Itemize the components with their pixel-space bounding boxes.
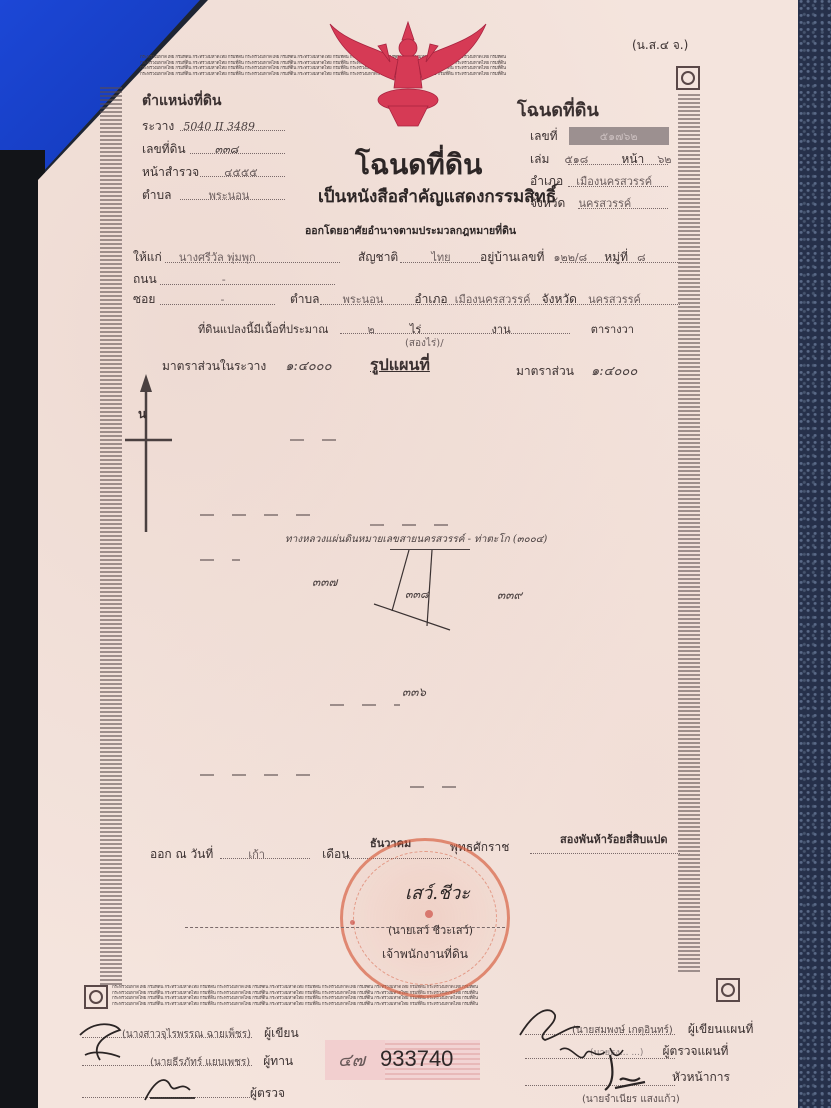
underline (560, 262, 680, 263)
map-heading: รูปแผนที่ (370, 353, 430, 378)
road-row: ถนน - (133, 268, 226, 289)
underline (160, 284, 335, 285)
field-value: 5040 II 3489 (183, 120, 255, 133)
left-field-ravang: ระวาง 5040 II 3489 (142, 115, 292, 136)
field-label: ตำบล (142, 188, 172, 202)
owner-label: ให้แก่ (133, 250, 162, 264)
left-field-land-no: เลขที่ดิน ๓๓๘ (142, 138, 292, 159)
soi-row: ซอย - (133, 288, 224, 309)
deed-issuing-authority: ออกโดยอาศัยอำนาจตามประมวลกฎหมายที่ดิน (305, 222, 516, 239)
north-arrow-icon (120, 372, 180, 537)
micro-text-column-left (100, 85, 122, 985)
left-field-tambon: ตำบล พระนอน (142, 184, 292, 205)
underline (180, 130, 285, 131)
underline (180, 199, 285, 200)
corner-ornament-bottom-right (716, 978, 740, 1002)
underline (340, 333, 570, 334)
writer-row: (นางสาวจุไรพรรณ ฉายเพ็ชร) ผู้เขียน (122, 1022, 299, 1043)
map-writer-role: ผู้เขียนแผนที่ (688, 1022, 753, 1036)
north-label: น (138, 405, 146, 424)
underline (400, 262, 480, 263)
field-label: เลขที่ดิน (142, 142, 186, 156)
corner-ornament-bottom-left (84, 985, 108, 1009)
form-code: (น.ส.๔ จ.) (632, 36, 688, 55)
chief-signature (600, 1050, 650, 1095)
left-field-survey-page: หน้าสำรวจ ๔๕๕๕ (142, 161, 292, 182)
serial-number: 933740 (380, 1046, 453, 1072)
ngan-label: งาน (492, 323, 511, 336)
checker-role: ผู้ตรวจ (250, 1086, 285, 1100)
issued-prefix: ออก ณ วันที่ (150, 847, 213, 861)
owner-row: ให้แก่ นางศรีวัล พุ่มพุก (133, 246, 256, 267)
deed-title: โฉนดที่ดิน (355, 143, 482, 187)
underline (190, 153, 285, 154)
nationality-label: สัญชาติ (358, 250, 398, 264)
scale-right: มาตราส่วน ๑:๔๐๐๐ (516, 360, 637, 381)
underline (578, 208, 668, 209)
underline (320, 304, 680, 305)
garuda-emblem-icon (328, 18, 488, 130)
reviewer-role: ผู้ทาน (263, 1054, 293, 1068)
address-row: อยู่บ้านเลขที่ ๑๒๒/๘ หมู่ที่ ๘ (480, 246, 646, 267)
right-field-volume: เล่ม ๕๑๘ หน้า ๖๒ (530, 148, 672, 169)
scale-right-label: มาตราส่วน (516, 364, 574, 378)
reviewer-name: (นายธีรภัทร์ แยบเพชร) (150, 1057, 250, 1068)
writer-role: ผู้เขียน (264, 1026, 299, 1040)
right-field-deed-no: เลขที่ ๕๑๗๖๒ (530, 125, 669, 146)
issued-year: สองพันห้าร้อยสี่สิบแปด (560, 830, 667, 848)
deed-number-redacted: ๕๑๗๖๒ (569, 127, 669, 145)
field-label: เลขที่ (530, 129, 558, 143)
field-label: ระวาง (142, 119, 174, 133)
underline (200, 176, 285, 177)
issued-day: เก้า (248, 848, 265, 861)
field-value: ๓๓๘ (215, 143, 239, 156)
map-road-label: ทางหลวงแผ่นดินหมายเลขสายนครสวรรค์ - ท่าต… (285, 532, 547, 547)
right-deed-heading: โฉนดที่ดิน (517, 95, 599, 124)
deed-subtitle: เป็นหนังสือสำคัญแสดงกรรมสิทธิ์ (318, 183, 556, 210)
area-label: ที่ดินแปลงนี้มีเนื้อที่ประมาณ (198, 323, 328, 336)
scale-left-value: ๑:๔๐๐๐ (285, 359, 331, 374)
field-label: หน้าสำรวจ (142, 165, 199, 179)
parcel-label-subject: ๓๓๘ (405, 585, 429, 603)
micro-text-line: กระทรวงมหาดไทย กรมที่ดิน กระทรวงมหาดไทย … (112, 1002, 712, 1008)
corner-ornament-top-right (676, 66, 700, 90)
official-red-seal (340, 838, 510, 998)
underline (530, 853, 680, 854)
writer-signature (75, 1015, 135, 1065)
underline (82, 1065, 252, 1066)
underline (220, 858, 310, 859)
rai-value: ๒ (368, 323, 375, 336)
parcel-label-south: ๓๓๖ (402, 683, 426, 702)
nationality-row: สัญชาติ ไทย (358, 246, 451, 267)
area-row: ที่ดินแปลงนี้มีเนื้อที่ประมาณ ๒ ไร่ งาน … (198, 318, 634, 338)
seal-ink-speck (350, 920, 355, 925)
land-position-heading: ตำแหน่งที่ดิน (142, 90, 222, 112)
map-grid-dashes (180, 430, 680, 850)
official-signature: เสว์.ชีวะ (405, 878, 470, 907)
field-value: ๔๕๕๕ (224, 166, 257, 179)
location-row: ตำบล พระนอน อำเภอ เมืองนครสวรรค์ จังหวัด… (290, 288, 641, 309)
field-label: เล่ม (530, 152, 549, 166)
official-name: (นายเสว์ ชีวะเสว์) (388, 921, 473, 939)
official-title: เจ้าพนักงานที่ดิน (382, 945, 468, 964)
parcel-label-east: ๓๓๙ (497, 586, 522, 605)
micro-text-column-right (678, 92, 700, 972)
area-in-words: (สองไร่)/ (405, 336, 444, 351)
chief-role: หัวหน้าการ (672, 1070, 730, 1084)
house-no-label: อยู่บ้านเลขที่ (480, 250, 544, 264)
map-checker-role: ผู้ตรวจแผนที่ (663, 1044, 729, 1058)
underline (568, 186, 668, 187)
chief-row: หัวหน้าการ (672, 1066, 730, 1087)
scale-left: มาตราส่วนในระวาง ๑:๔๐๐๐ (162, 355, 332, 376)
issue-date-row: ออก ณ วันที่ เก้า เดือน (150, 843, 349, 864)
scale-left-label: มาตราส่วนในระวาง (162, 359, 266, 373)
parcel-label-north-west: ๓๓๗ (312, 573, 337, 592)
scale-right-value: ๑:๔๐๐๐ (591, 364, 637, 379)
reviewer-row: (นายธีรภัทร์ แยบเพชร) ผู้ทาน (150, 1050, 293, 1071)
rai-label: ไร่ (410, 323, 421, 336)
underline (568, 164, 668, 165)
underline (160, 304, 275, 305)
writer-name: (นางสาวจุไรพรรณ ฉายเพ็ชร) (122, 1029, 251, 1040)
seal-ink-speck (425, 910, 433, 918)
checker-row: ผู้ตรวจ (250, 1082, 285, 1103)
wa-label: ตารางวา (591, 323, 634, 336)
road-label: ถนน (133, 272, 157, 286)
map-writer-signature (515, 1005, 585, 1045)
tambon-label: ตำบล (290, 292, 320, 306)
serial-prefix: ๔๗ (338, 1045, 365, 1074)
checker-signature (140, 1070, 200, 1105)
field-value: พระนอน (209, 189, 250, 202)
soi-label: ซอย (133, 292, 155, 306)
underline (165, 262, 340, 263)
map-writer-row: (นายสมพงษ์ เกตุอินทร์) ผู้เขียนแผนที่ (572, 1018, 753, 1039)
